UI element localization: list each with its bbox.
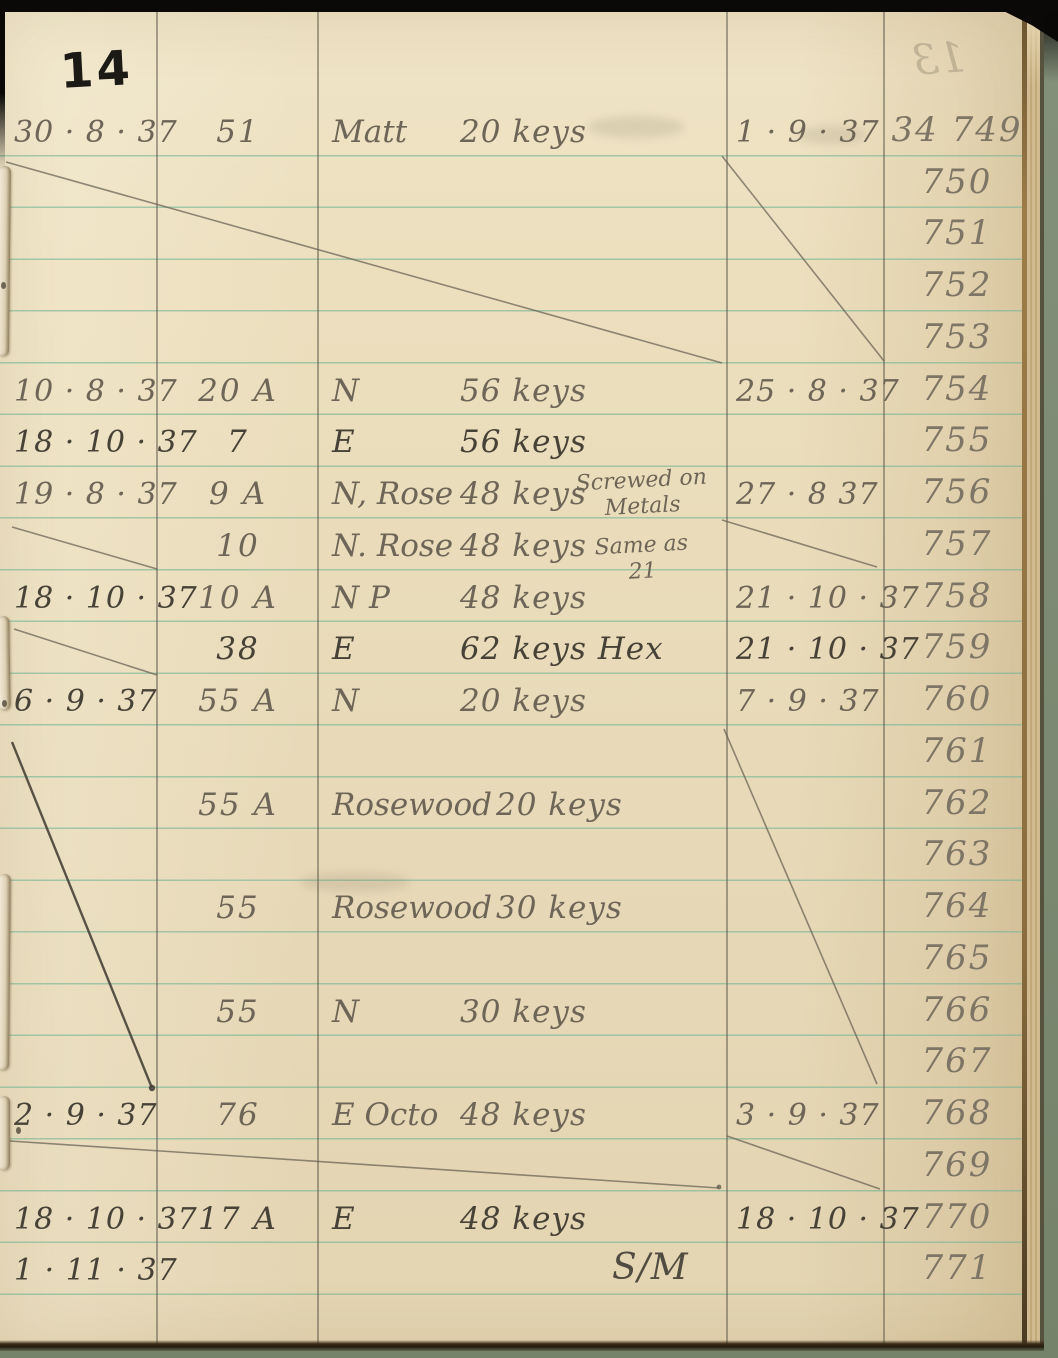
table-row: 1 · 11 · 37S/M771 — [0, 1244, 1026, 1290]
keys-count: 56 keys — [460, 424, 587, 460]
table-row: 765 — [0, 934, 1026, 980]
description-cell: E62 keys Hex — [332, 631, 664, 667]
description-cell: N30 keys — [332, 994, 587, 1030]
table-row: 19 · 8 · 379 AN, Rose48 keysScrewed onMe… — [0, 468, 1026, 514]
description-cell: Rosewood30 keys — [332, 890, 623, 926]
table-row: 55 ARosewood20 keys762 — [0, 779, 1026, 825]
binding-thread — [0, 616, 11, 710]
sm-mark: S/M — [612, 1247, 689, 1288]
description-cell: N. Rose48 keys — [332, 528, 587, 564]
date-completed: 25 · 8 · 37 — [736, 374, 886, 409]
date-received: 10 · 8 · 37 — [14, 374, 164, 409]
description-cell: N56 keys — [332, 373, 587, 409]
serial-number: 758 — [886, 576, 1028, 616]
serial-number: 769 — [886, 1145, 1028, 1185]
table-row: 10N. Rose48 keysSame as21757 — [0, 520, 1026, 566]
model-number: 55 A — [160, 683, 316, 719]
description-cell: Rosewood20 keys — [332, 787, 623, 823]
keys-count: 20 keys — [460, 683, 587, 719]
piano-type: E Octo — [332, 1097, 460, 1133]
binding-thread — [0, 874, 11, 1070]
date-completed: 27 · 8 37 — [736, 477, 886, 512]
serial-number: 764 — [886, 886, 1028, 926]
date-completed: 21 · 10 · 37 — [736, 581, 886, 616]
keys-count: 20 keys — [460, 114, 587, 150]
description-cell: N, Rose48 keys — [332, 476, 587, 512]
show-through-smudge — [588, 116, 684, 138]
serial-number: 756 — [886, 472, 1028, 512]
table-row: 752 — [0, 261, 1026, 307]
description-cell: E Octo48 keys — [332, 1097, 587, 1133]
table-row: 767 — [0, 1037, 1026, 1083]
description-cell: Matt20 keys — [332, 114, 587, 150]
date-received: 2 · 9 · 37 — [14, 1098, 164, 1133]
date-received: 18 · 10 · 37 — [14, 1202, 164, 1237]
piano-type: N — [332, 994, 460, 1030]
table-row: 18 · 10 · 3717 AE48 keys18 · 10 · 37770 — [0, 1193, 1026, 1239]
table-row: 753 — [0, 313, 1026, 359]
table-row: 18 · 10 · 3710 AN P48 keys21 · 10 · 3775… — [0, 572, 1026, 618]
table-row: 761 — [0, 727, 1026, 773]
date-completed: 18 · 10 · 37 — [736, 1202, 886, 1237]
edge-speck — [2, 700, 7, 707]
model-number: 38 — [160, 631, 316, 667]
model-number: 7 — [160, 424, 316, 460]
table-row: 750 — [0, 158, 1026, 204]
keys-count: 56 keys — [460, 373, 587, 409]
model-number: 20 A — [160, 373, 316, 409]
serial-number: 751 — [886, 213, 1028, 253]
date-received: 18 · 10 · 37 — [14, 581, 164, 616]
page-bottom-edge — [0, 1340, 1044, 1351]
model-number: 55 — [160, 994, 316, 1030]
serial-number: 753 — [886, 317, 1028, 357]
serial-number: 752 — [886, 265, 1028, 305]
serial-number: 750 — [886, 162, 1028, 202]
table-row: 38E62 keys Hex21 · 10 · 37759 — [0, 623, 1026, 669]
piano-type: N, Rose — [332, 476, 460, 512]
table-row: 769 — [0, 1141, 1026, 1187]
date-completed: 3 · 9 · 37 — [736, 1098, 886, 1133]
piano-type: E — [332, 1201, 460, 1237]
serial-number: 762 — [886, 783, 1028, 823]
keys-count: 30 keys — [496, 890, 623, 926]
piano-type: E — [332, 631, 460, 667]
description-cell: N20 keys — [332, 683, 587, 719]
date-completed: 21 · 10 · 37 — [736, 632, 886, 667]
date-received: 18 · 10 · 37 — [14, 425, 164, 460]
model-number: 10 — [160, 528, 316, 564]
scan-top-border — [0, 0, 1058, 12]
ghost-page-number: 13 — [910, 32, 967, 85]
serial-number: 767 — [886, 1041, 1028, 1081]
date-completed: 7 · 9 · 37 — [736, 684, 886, 719]
piano-type: Matt — [332, 114, 460, 150]
serial-number: 755 — [886, 420, 1028, 460]
model-number: 9 A — [160, 476, 316, 512]
show-through-smudge — [300, 872, 410, 892]
scan-corner-shade — [1044, 12, 1058, 82]
keys-count: 30 keys — [460, 994, 587, 1030]
show-through-smudge — [796, 126, 866, 144]
model-number: 17 A — [160, 1201, 316, 1237]
table-row: 10 · 8 · 3720 AN56 keys25 · 8 · 37754 — [0, 365, 1026, 411]
binding-thread — [0, 1096, 10, 1170]
serial-number: 761 — [886, 731, 1028, 771]
serial-number: 770 — [886, 1197, 1028, 1237]
serial-number: 34 749 — [886, 110, 1028, 150]
serial-number: 771 — [886, 1248, 1028, 1288]
piano-type: N. Rose — [332, 528, 460, 564]
keys-count: 20 keys — [496, 787, 623, 823]
piano-type: N — [332, 683, 460, 719]
piano-type: E — [332, 424, 460, 460]
edge-speck — [1, 282, 6, 289]
model-number: 76 — [160, 1097, 316, 1133]
serial-number: 760 — [886, 679, 1028, 719]
serial-number: 757 — [886, 524, 1028, 564]
table-row: 55Rosewood30 keys764 — [0, 882, 1026, 928]
model-number: 51 — [160, 114, 316, 150]
scanned-ledger-page: 14 13 30 · 8 · 3751Matt20 keys1 · 9 · 37… — [0, 0, 1058, 1358]
table-row: 55N30 keys766 — [0, 986, 1026, 1032]
edge-speck — [16, 1127, 21, 1134]
keys-count: 48 keys — [460, 580, 587, 616]
date-received: 1 · 11 · 37 — [14, 1253, 164, 1288]
table-row: 763 — [0, 830, 1026, 876]
table-row: 18 · 10 · 377E56 keys755 — [0, 416, 1026, 462]
serial-number: 766 — [886, 990, 1028, 1030]
serial-number: 763 — [886, 834, 1028, 874]
piano-type: N — [332, 373, 460, 409]
keys-count: 48 keys — [460, 1201, 587, 1237]
margin-note: Screwed onMetals — [551, 463, 733, 524]
piano-type: Rosewood — [332, 890, 496, 926]
description-cell: N P48 keys — [332, 580, 587, 616]
model-number: 55 A — [160, 787, 316, 823]
table-row: 6 · 9 · 3755 AN20 keys7 · 9 · 37760 — [0, 675, 1026, 721]
model-number: 10 A — [160, 580, 316, 616]
model-number: 55 — [160, 890, 316, 926]
page-stack-shadow — [1040, 8, 1044, 1350]
table-row: 751 — [0, 209, 1026, 255]
serial-number: 759 — [886, 627, 1028, 667]
date-received: 19 · 8 · 37 — [14, 477, 164, 512]
serial-number: 768 — [886, 1093, 1028, 1133]
keys-count: 62 keys Hex — [460, 631, 664, 667]
page-stack-edge — [1027, 6, 1040, 1350]
table-row: 2 · 9 · 3776E Octo48 keys3 · 9 · 37768 — [0, 1089, 1026, 1135]
description-cell: E48 keys — [332, 1201, 587, 1237]
date-received: 6 · 9 · 37 — [14, 684, 164, 719]
page-number: 14 — [59, 40, 135, 100]
piano-type: Rosewood — [332, 787, 496, 823]
description-cell: E56 keys — [332, 424, 587, 460]
serial-number: 765 — [886, 938, 1028, 978]
piano-type: N P — [332, 580, 460, 616]
keys-count: 48 keys — [460, 1097, 587, 1133]
serial-number: 754 — [886, 369, 1028, 409]
table-row: 30 · 8 · 3751Matt20 keys1 · 9 · 3734 749 — [0, 106, 1026, 152]
date-received: 30 · 8 · 37 — [14, 115, 164, 150]
scan-left-border — [0, 0, 5, 170]
